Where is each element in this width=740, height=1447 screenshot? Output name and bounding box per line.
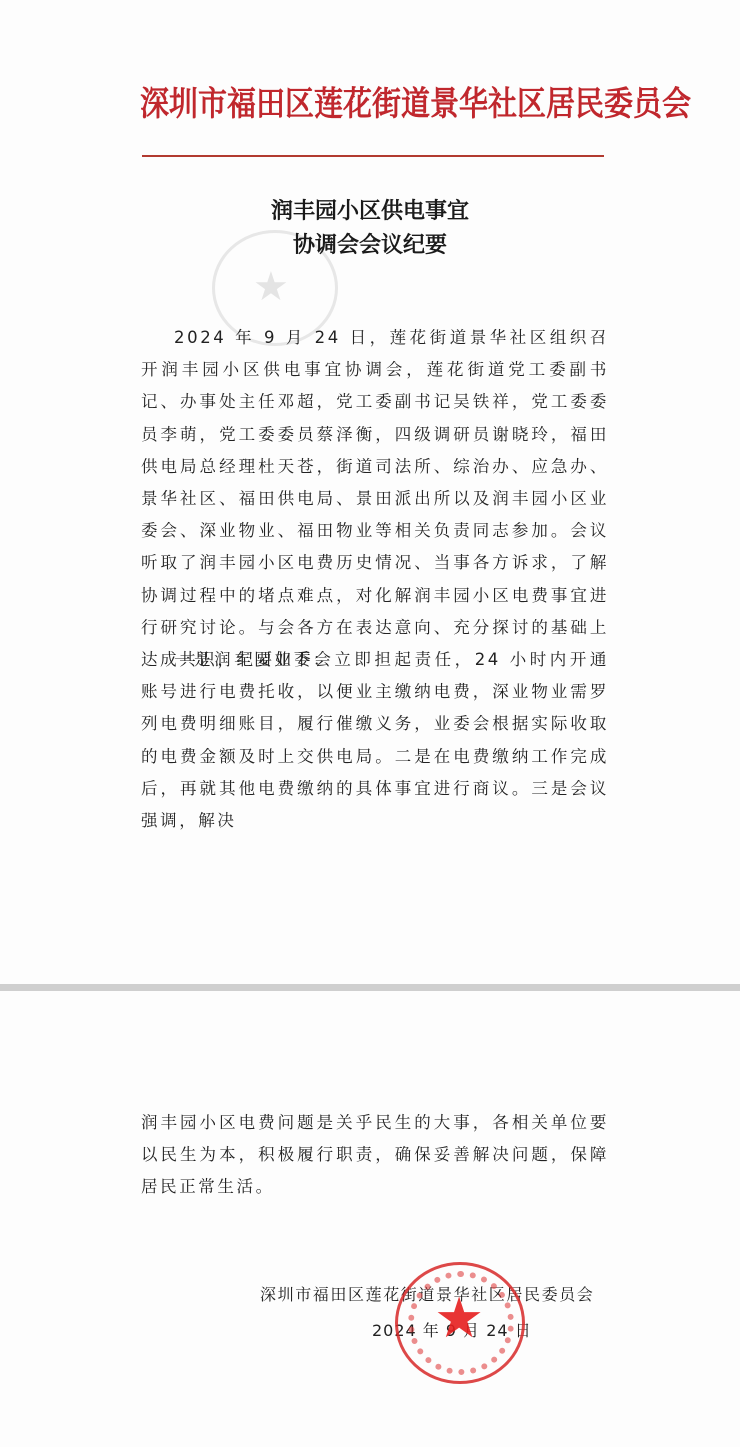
document-title-line-1: 润丰园小区供电事宜 — [0, 195, 740, 229]
paragraph-text: 2024 年 9 月 24 日，莲花街道景华社区组织召开润丰园小区供电事宜协调会… — [141, 322, 609, 676]
page-separator — [0, 984, 740, 991]
body-paragraph-2: 一是润丰园业委会立即担起责任，24 小时内开通账号进行电费托收，以便业主缴纳电费… — [141, 644, 609, 837]
document-page-1: 深圳市福田区莲花街道景华社区居民委员会 ★ 润丰园小区供电事宜 协调会会议纪要 … — [0, 0, 740, 984]
body-paragraph-3: 润丰园小区电费问题是关乎民生的大事，各相关单位要以民生为本，积极履行职责，确保妥… — [141, 1107, 609, 1204]
letterhead-red-rule — [142, 155, 604, 157]
paragraph-text: 一是润丰园业委会立即担起责任，24 小时内开通账号进行电费托收，以便业主缴纳电费… — [141, 644, 609, 837]
signature-organization: 深圳市福田区莲花街道景华社区居民委员会 — [260, 1282, 594, 1305]
watermark-star-icon: ★ — [253, 267, 289, 307]
paragraph-text: 润丰园小区电费问题是关乎民生的大事，各相关单位要以民生为本，积极履行职责，确保妥… — [141, 1107, 609, 1204]
signature-date: 2024 年 9 月 24 日 — [372, 1318, 532, 1341]
letterhead-organization: 深圳市福田区莲花街道景华社区居民委员会 — [140, 78, 604, 125]
document-page-2 — [0, 992, 740, 1447]
document-title-line-2: 协调会会议纪要 — [0, 229, 740, 263]
body-paragraph-1: 2024 年 9 月 24 日，莲花街道景华社区组织召开润丰园小区供电事宜协调会… — [141, 322, 609, 676]
